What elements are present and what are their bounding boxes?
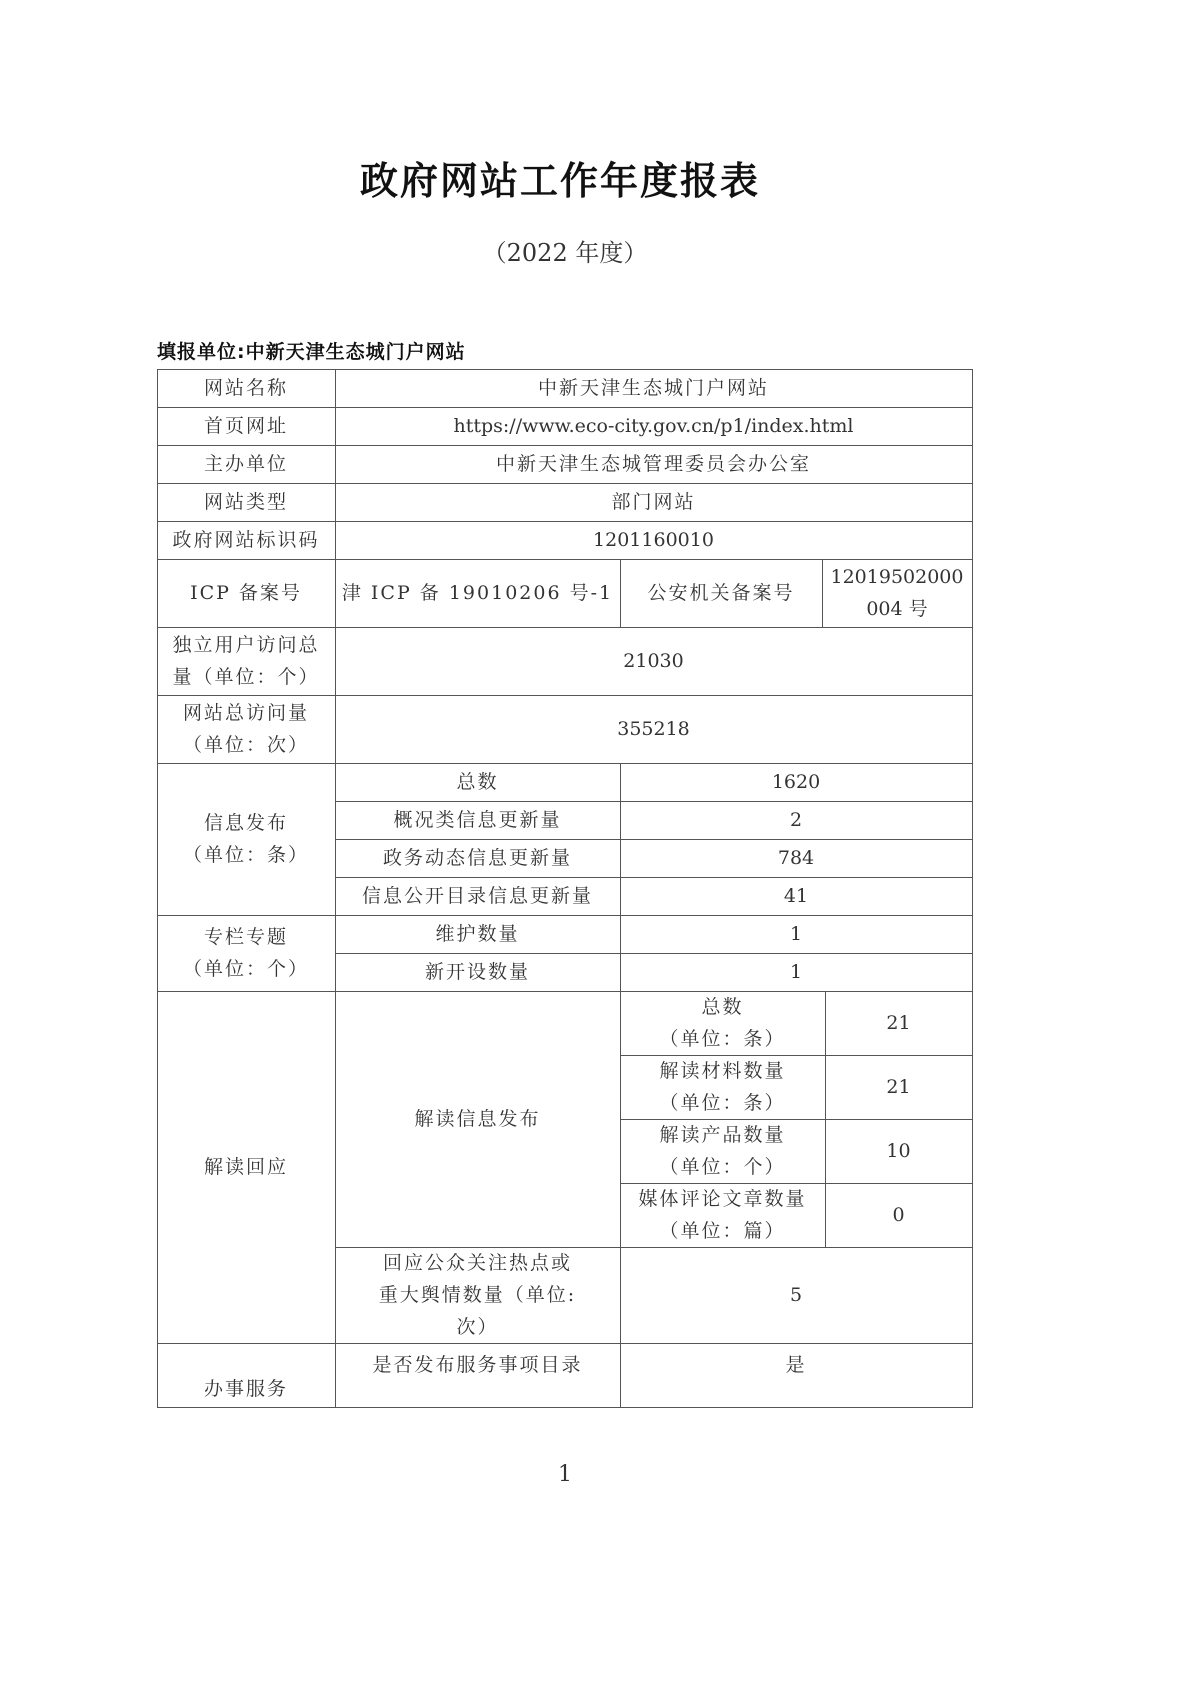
gov-news-value: 784 xyxy=(620,839,972,877)
police-record-value: 12019502000 004 号 xyxy=(822,559,972,627)
unique-visitors-value: 21030 xyxy=(335,627,972,695)
gov-news-label: 政务动态信息更新量 xyxy=(335,839,620,877)
icp-label: ICP 备案号 xyxy=(157,559,335,627)
total-visits-label-line1: 网站总访问量 xyxy=(183,697,309,729)
disclosure-catalog-value: 41 xyxy=(620,877,972,915)
host-unit-label: 主办单位 xyxy=(157,445,335,483)
interp-total-value: 21 xyxy=(825,991,972,1055)
page-number: 1 xyxy=(0,1462,1130,1487)
info-total-label: 总数 xyxy=(335,763,620,801)
maintained-count-label: 维护数量 xyxy=(335,915,620,953)
overview-info-label: 概况类信息更新量 xyxy=(335,801,620,839)
media-comment-label-line2: （单位：篇） xyxy=(659,1215,785,1247)
info-release-label-line1: 信息发布 xyxy=(204,807,288,839)
media-comment-label: 媒体评论文章数量 （单位：篇） xyxy=(620,1183,825,1247)
interp-material-label: 解读材料数量 （单位：条） xyxy=(620,1055,825,1119)
site-id-code-label: 政府网站标识码 xyxy=(157,521,335,559)
table-border-bottom xyxy=(157,1407,973,1408)
columns-label-line1: 专栏专题 xyxy=(204,921,288,953)
media-comment-label-line1: 媒体评论文章数量 xyxy=(638,1183,806,1215)
info-release-label: 信息发布 （单位：条） xyxy=(157,763,335,915)
media-comment-value: 0 xyxy=(825,1183,972,1247)
interpretation-release-label: 解读信息发布 xyxy=(335,991,620,1247)
interp-product-label-line1: 解读产品数量 xyxy=(659,1119,785,1151)
unique-visitors-label-line1: 独立用户访问总 xyxy=(172,629,319,661)
public-response-label-line3: 次） xyxy=(456,1311,498,1343)
service-catalog-value: 是 xyxy=(620,1343,972,1407)
document-subtitle: （2022 年度） xyxy=(0,233,1130,268)
police-record-value-line2: 004 号 xyxy=(866,593,927,625)
info-release-label-line2: （单位：条） xyxy=(183,839,309,871)
interp-product-value: 10 xyxy=(825,1119,972,1183)
columns-label: 专栏专题 （单位：个） xyxy=(157,915,335,991)
info-total-value: 1620 xyxy=(620,763,972,801)
site-type-label: 网站类型 xyxy=(157,483,335,521)
interp-material-label-line2: （单位：条） xyxy=(659,1087,785,1119)
maintained-count-value: 1 xyxy=(620,915,972,953)
site-id-code-value: 1201160010 xyxy=(335,521,972,559)
total-visits-value: 355218 xyxy=(335,695,972,763)
homepage-url-label: 首页网址 xyxy=(157,407,335,445)
new-count-label: 新开设数量 xyxy=(335,953,620,991)
table-border-right xyxy=(972,369,973,1408)
site-name-value: 中新天津生态城门户网站 xyxy=(335,369,972,407)
document-title: 政府网站工作年度报表 xyxy=(0,150,1120,205)
site-name-label: 网站名称 xyxy=(157,369,335,407)
reporting-unit: 填报单位:中新天津生态城门户网站 xyxy=(157,337,466,364)
police-record-label: 公安机关备案号 xyxy=(620,559,822,627)
unique-visitors-label-line2: 量（单位：个） xyxy=(172,661,319,693)
disclosure-catalog-label: 信息公开目录信息更新量 xyxy=(335,877,620,915)
interp-material-value: 21 xyxy=(825,1055,972,1119)
public-response-value: 5 xyxy=(620,1247,972,1343)
public-response-label: 回应公众关注热点或 重大舆情数量（单位: 次） xyxy=(335,1247,620,1343)
columns-label-line2: （单位：个） xyxy=(183,953,309,985)
interp-material-label-line1: 解读材料数量 xyxy=(659,1055,785,1087)
interp-total-label-line2: （单位：条） xyxy=(659,1023,785,1055)
interp-total-label: 总数 （单位：条） xyxy=(620,991,825,1055)
police-record-value-line1: 12019502000 xyxy=(831,561,964,593)
homepage-url-value: https://www.eco-city.gov.cn/p1/index.htm… xyxy=(335,407,972,445)
new-count-value: 1 xyxy=(620,953,972,991)
interp-product-label: 解读产品数量 （单位：个） xyxy=(620,1119,825,1183)
total-visits-label: 网站总访问量 （单位：次） xyxy=(157,695,335,763)
host-unit-value: 中新天津生态城管理委员会办公室 xyxy=(335,445,972,483)
service-catalog-label: 是否发布服务事项目录 xyxy=(335,1343,620,1407)
services-label: 办事服务 xyxy=(157,1343,335,1407)
overview-info-value: 2 xyxy=(620,801,972,839)
interp-total-label-line1: 总数 xyxy=(701,991,743,1023)
site-type-value: 部门网站 xyxy=(335,483,972,521)
icp-value: 津 ICP 备 19010206 号-1 xyxy=(335,559,620,627)
total-visits-label-line2: （单位：次） xyxy=(183,729,309,761)
public-response-label-line1: 回应公众关注热点或 xyxy=(383,1247,572,1279)
interpretation-label: 解读回应 xyxy=(157,991,335,1343)
interp-product-label-line2: （单位：个） xyxy=(659,1151,785,1183)
public-response-label-line2: 重大舆情数量（单位: xyxy=(379,1279,576,1311)
unique-visitors-label: 独立用户访问总 量（单位：个） xyxy=(157,627,335,695)
